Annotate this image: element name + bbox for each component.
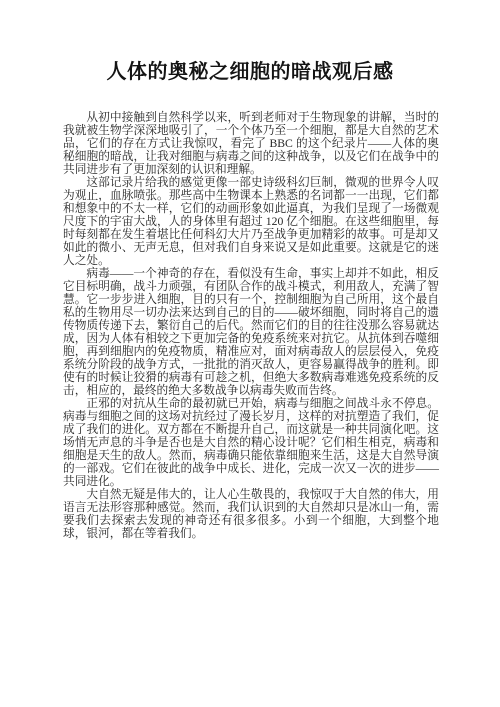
document-title: 人体的奥秘之细胞的暗战观后感 — [0, 0, 500, 84]
document-page: 人体的奥秘之细胞的暗战观后感 从初中接触到自然科学以来，听到老师对于生物现象的讲… — [0, 0, 500, 707]
paragraph-1: 从初中接触到自然科学以来，听到老师对于生物现象的讲解，当时的我就被生物学深深地吸… — [63, 111, 439, 176]
document-body: 从初中接触到自然科学以来，听到老师对于生物现象的讲解，当时的我就被生物学深深地吸… — [0, 84, 500, 540]
paragraph-5: 大自然无疑是伟大的，让人心生敬畏的，我惊叹于大自然的伟大，用语言无法形容那种感觉… — [63, 488, 439, 540]
paragraph-4: 正邪的对抗从生命的最初就已开始，病毒与细胞之间战斗永不停息。病毒与细胞之间的这场… — [63, 397, 439, 488]
paragraph-2: 这部记录片给我的感觉更像一部史诗级科幻巨制，微观的世界令人叹为观止，血脉喷张。那… — [63, 176, 439, 267]
paragraph-3: 病毒——一个神奇的存在，看似没有生命，事实上却并不如此，相反它目标明确，战斗力顽… — [63, 267, 439, 397]
